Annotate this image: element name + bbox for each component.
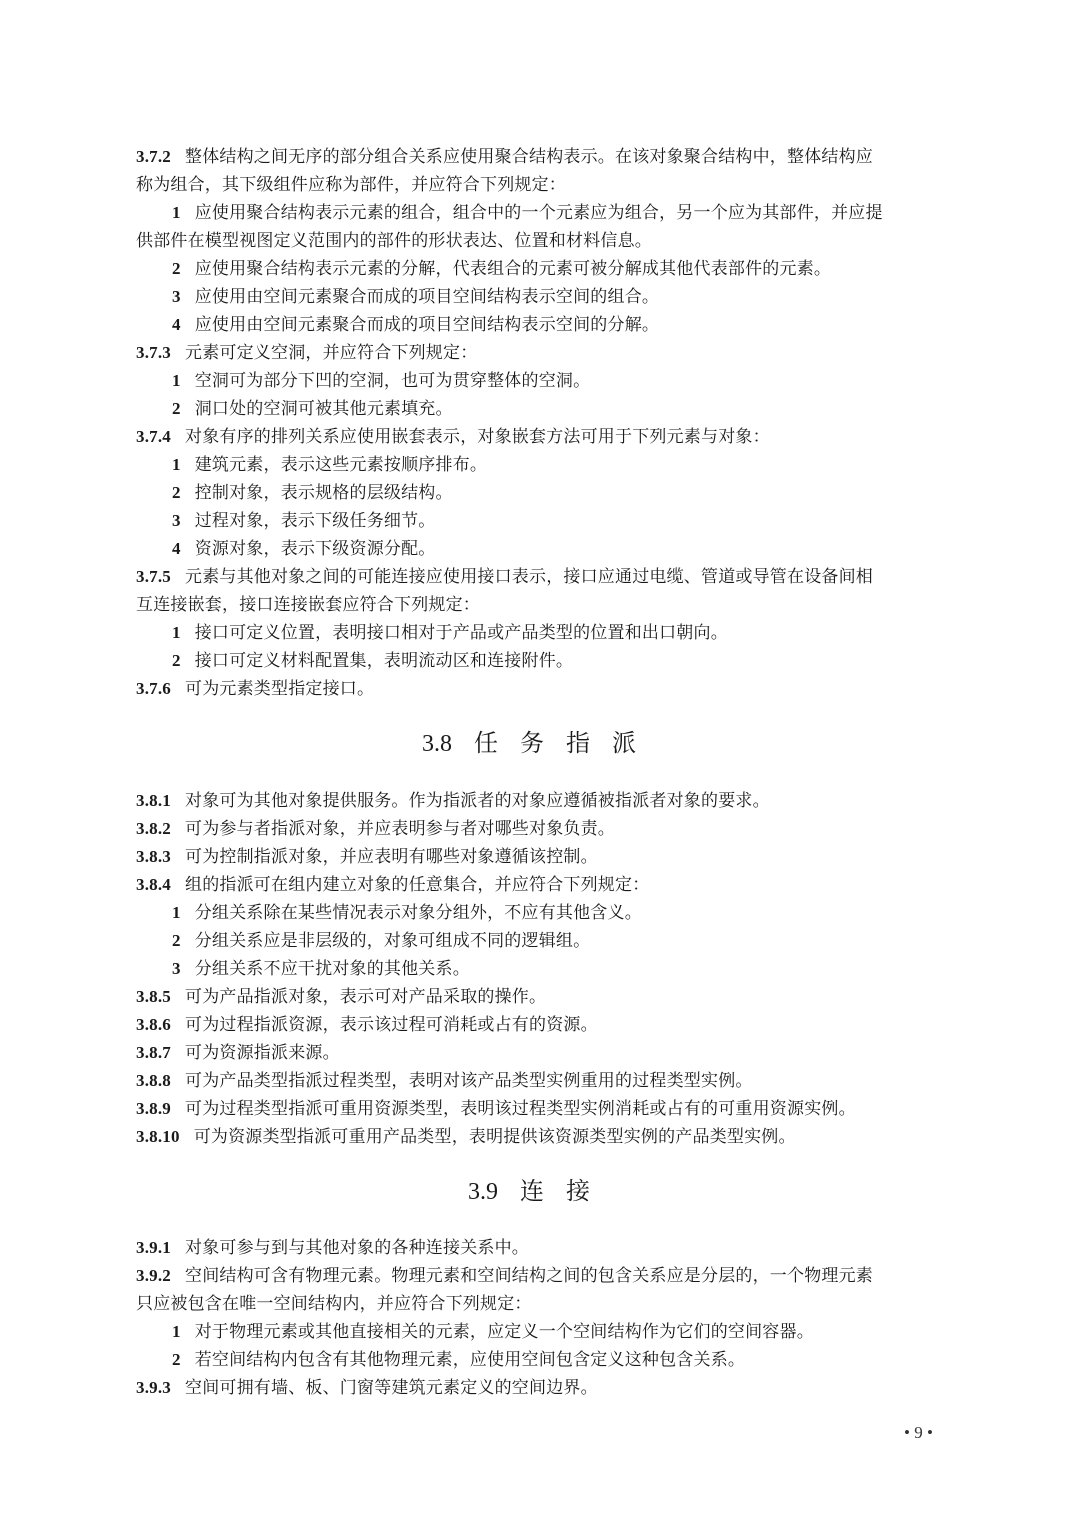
line-text: 对象可为其他对象提供服务。作为指派者的对象应遵循被指派者对象的要求。 [185, 791, 770, 811]
item-number: 2 [172, 483, 181, 502]
list-item: 3分组关系不应干扰对象的其他关系。 [172, 959, 470, 979]
item-number: 3 [172, 287, 181, 306]
line-text: 可为资源类型指派可重用产品类型，表明提供该资源类型实例的产品类型实例。 [194, 1127, 796, 1147]
clause-line: 3.7.4对象有序的排列关系应使用嵌套表示，对象嵌套方法可用于下列元素与对象： [136, 427, 770, 447]
line-text: 可为控制指派对象，并应表明有哪些对象遵循该控制。 [185, 847, 598, 867]
list-item: 1分组关系除在某些情况表示对象分组外，不应有其他含义。 [172, 903, 642, 923]
continuation-line: 只应被包含在唯一空间结构内，并应符合下列规定： [136, 1294, 532, 1314]
line-text: 接口可定义材料配置集，表明流动区和连接附件。 [195, 651, 573, 671]
clause-line: 3.8.1对象可为其他对象提供服务。作为指派者的对象应遵循被指派者对象的要求。 [136, 791, 770, 811]
section-number: 3.8 [422, 731, 452, 757]
line-text: 可为过程类型指派可重用资源类型，表明该过程类型实例消耗或占有的可重用资源实例。 [185, 1099, 856, 1119]
item-number: 2 [172, 399, 181, 418]
list-item: 4应使用由空间元素聚合而成的项目空间结构表示空间的分解。 [172, 315, 659, 335]
clause-number: 3.7.5 [136, 567, 171, 586]
line-text: 建筑元素，表示这些元素按顺序排布。 [195, 455, 487, 475]
clause-line: 3.7.2整体结构之间无序的部分组合关系应使用聚合结构表示。在该对象聚合结构中，… [136, 147, 873, 167]
line-text: 分组关系除在某些情况表示对象分组外，不应有其他含义。 [195, 903, 642, 923]
clause-line: 3.9.3空间可拥有墙、板、门窗等建筑元素定义的空间边界。 [136, 1378, 598, 1398]
line-text: 资源对象，表示下级资源分配。 [195, 539, 436, 559]
line-text: 组的指派可在组内建立对象的任意集合，并应符合下列规定： [185, 875, 649, 895]
line-text: 应使用聚合结构表示元素的分解，代表组合的元素可被分解成其他代表部件的元素。 [195, 259, 831, 279]
item-number: 3 [172, 511, 181, 530]
clause-line: 3.7.5元素与其他对象之间的可能连接应使用接口表示，接口应通过电缆、管道或导管… [136, 567, 873, 587]
item-number: 1 [172, 371, 181, 390]
list-item: 1接口可定义位置，表明接口相对于产品或产品类型的位置和出口朝向。 [172, 623, 728, 643]
clause-number: 3.8.5 [136, 987, 171, 1006]
line-text: 若空间结构内包含有其他物理元素，应使用空间包含定义这种包含关系。 [195, 1350, 745, 1370]
line-text: 分组关系应是非层级的，对象可组成不同的逻辑组。 [195, 931, 591, 951]
line-text: 可为产品类型指派过程类型，表明对该产品类型实例重用的过程类型实例。 [185, 1071, 753, 1091]
list-item: 1建筑元素，表示这些元素按顺序排布。 [172, 455, 487, 475]
item-number: 2 [172, 651, 181, 670]
section-title: 连接 [520, 1177, 612, 1205]
clause-number: 3.8.9 [136, 1099, 171, 1118]
clause-number: 3.8.7 [136, 1043, 171, 1062]
list-item: 2分组关系应是非层级的，对象可组成不同的逻辑组。 [172, 931, 590, 951]
item-number: 3 [172, 959, 181, 978]
list-item: 2应使用聚合结构表示元素的分解，代表组合的元素可被分解成其他代表部件的元素。 [172, 259, 831, 279]
item-number: 4 [172, 539, 181, 558]
line-text: 过程对象，表示下级任务细节。 [195, 511, 436, 531]
list-item: 1空洞可为部分下凹的空洞，也可为贯穿整体的空洞。 [172, 371, 590, 391]
clause-number: 3.8.8 [136, 1071, 171, 1090]
clause-number: 3.8.10 [136, 1127, 180, 1146]
item-number: 1 [172, 455, 181, 474]
line-text: 洞口处的空洞可被其他元素填充。 [195, 399, 453, 419]
clause-number: 3.8.2 [136, 819, 171, 838]
item-number: 2 [172, 259, 181, 278]
item-number: 2 [172, 931, 181, 950]
section-number: 3.9 [468, 1179, 498, 1205]
continuation-line: 供部件在模型视图定义范围内的部件的形状表达、位置和材料信息。 [136, 231, 652, 251]
clause-line: 3.8.7可为资源指派来源。 [136, 1043, 340, 1063]
clause-number: 3.7.3 [136, 343, 171, 362]
item-number: 1 [172, 623, 181, 642]
page-number: • 9 • [904, 1423, 933, 1443]
list-item: 2洞口处的空洞可被其他元素填充。 [172, 399, 453, 419]
line-text: 可为过程指派资源，表示该过程可消耗或占有的资源。 [185, 1015, 598, 1035]
clause-line: 3.8.4组的指派可在组内建立对象的任意集合，并应符合下列规定： [136, 875, 649, 895]
line-text: 可为产品指派对象，表示可对产品采取的操作。 [185, 987, 546, 1007]
list-item: 4资源对象，表示下级资源分配。 [172, 539, 436, 559]
line-text: 对象可参与到与其他对象的各种连接关系中。 [185, 1238, 529, 1258]
clause-line: 3.8.8可为产品类型指派过程类型，表明对该产品类型实例重用的过程类型实例。 [136, 1071, 753, 1091]
line-text: 元素与其他对象之间的可能连接应使用接口表示，接口应通过电缆、管道或导管在设备间相 [185, 567, 873, 587]
clause-number: 3.9.2 [136, 1266, 171, 1285]
line-text: 可为元素类型指定接口。 [185, 679, 374, 699]
line-text: 控制对象，表示规格的层级结构。 [195, 483, 453, 503]
line-text: 分组关系不应干扰对象的其他关系。 [195, 959, 470, 979]
clause-line: 3.9.2空间结构可含有物理元素。物理元素和空间结构之间的包含关系应是分层的，一… [136, 1266, 873, 1286]
document-page: 3.7.2整体结构之间无序的部分组合关系应使用聚合结构表示。在该对象聚合结构中，… [0, 0, 1080, 1517]
clause-line: 3.8.3可为控制指派对象，并应表明有哪些对象遵循该控制。 [136, 847, 598, 867]
line-text: 称为组合，其下级组件应称为部件，并应符合下列规定： [136, 175, 566, 195]
item-number: 1 [172, 1322, 181, 1341]
line-text: 供部件在模型视图定义范围内的部件的形状表达、位置和材料信息。 [136, 231, 652, 251]
line-text: 只应被包含在唯一空间结构内，并应符合下列规定： [136, 1294, 532, 1314]
list-item: 2接口可定义材料配置集，表明流动区和连接附件。 [172, 651, 573, 671]
clause-number: 3.7.4 [136, 427, 171, 446]
clause-line: 3.7.3元素可定义空洞，并应符合下列规定： [136, 343, 477, 363]
clause-line: 3.8.5可为产品指派对象，表示可对产品采取的操作。 [136, 987, 546, 1007]
list-item: 3应使用由空间元素聚合而成的项目空间结构表示空间的组合。 [172, 287, 659, 307]
line-text: 可为资源指派来源。 [185, 1043, 340, 1063]
list-item: 3过程对象，表示下级任务细节。 [172, 511, 436, 531]
clause-line: 3.8.9可为过程类型指派可重用资源类型，表明该过程类型实例消耗或占有的可重用资… [136, 1099, 856, 1119]
clause-number: 3.8.3 [136, 847, 171, 866]
continuation-line: 称为组合，其下级组件应称为部件，并应符合下列规定： [136, 175, 566, 195]
line-text: 整体结构之间无序的部分组合关系应使用聚合结构表示。在该对象聚合结构中，整体结构应 [185, 147, 873, 167]
line-text: 元素可定义空洞，并应符合下列规定： [185, 343, 477, 363]
clause-line: 3.8.10可为资源类型指派可重用产品类型，表明提供该资源类型实例的产品类型实例… [136, 1127, 796, 1147]
clause-line: 3.9.1对象可参与到与其他对象的各种连接关系中。 [136, 1238, 529, 1258]
item-number: 1 [172, 903, 181, 922]
continuation-line: 互连接嵌套，接口连接嵌套应符合下列规定： [136, 595, 480, 615]
line-text: 空间可拥有墙、板、门窗等建筑元素定义的空间边界。 [185, 1378, 598, 1398]
list-item: 1对于物理元素或其他直接相关的元素，应定义一个空间结构作为它们的空间容器。 [172, 1322, 814, 1342]
line-text: 应使用由空间元素聚合而成的项目空间结构表示空间的分解。 [195, 315, 659, 335]
line-text: 对象有序的排列关系应使用嵌套表示，对象嵌套方法可用于下列元素与对象： [185, 427, 770, 447]
item-number: 4 [172, 315, 181, 334]
item-number: 2 [172, 1350, 181, 1369]
line-text: 互连接嵌套，接口连接嵌套应符合下列规定： [136, 595, 480, 615]
clause-number: 3.9.1 [136, 1238, 171, 1257]
clause-number: 3.9.3 [136, 1378, 171, 1397]
clause-number: 3.8.4 [136, 875, 171, 894]
line-text: 空间结构可含有物理元素。物理元素和空间结构之间的包含关系应是分层的，一个物理元素 [185, 1266, 873, 1286]
clause-line: 3.8.6可为过程指派资源，表示该过程可消耗或占有的资源。 [136, 1015, 598, 1035]
section-title: 任务指派 [474, 729, 658, 757]
line-text: 对于物理元素或其他直接相关的元素，应定义一个空间结构作为它们的空间容器。 [195, 1322, 814, 1342]
clause-number: 3.7.6 [136, 679, 171, 698]
clause-line: 3.8.2可为参与者指派对象，并应表明参与者对哪些对象负责。 [136, 819, 615, 839]
section-heading: 3.9连接 [0, 1176, 1080, 1207]
line-text: 可为参与者指派对象，并应表明参与者对哪些对象负责。 [185, 819, 615, 839]
item-number: 1 [172, 203, 181, 222]
section-heading: 3.8任务指派 [0, 728, 1080, 759]
line-text: 应使用聚合结构表示元素的组合，组合中的一个元素应为组合，另一个应为其部件，并应提 [195, 203, 883, 223]
line-text: 应使用由空间元素聚合而成的项目空间结构表示空间的组合。 [195, 287, 659, 307]
list-item: 2若空间结构内包含有其他物理元素，应使用空间包含定义这种包含关系。 [172, 1350, 745, 1370]
list-item: 2控制对象，表示规格的层级结构。 [172, 483, 453, 503]
clause-line: 3.7.6可为元素类型指定接口。 [136, 679, 374, 699]
list-item: 1应使用聚合结构表示元素的组合，组合中的一个元素应为组合，另一个应为其部件，并应… [172, 203, 883, 223]
line-text: 接口可定义位置，表明接口相对于产品或产品类型的位置和出口朝向。 [195, 623, 728, 643]
clause-number: 3.7.2 [136, 147, 171, 166]
line-text: 空洞可为部分下凹的空洞，也可为贯穿整体的空洞。 [195, 371, 591, 391]
clause-number: 3.8.1 [136, 791, 171, 810]
clause-number: 3.8.6 [136, 1015, 171, 1034]
